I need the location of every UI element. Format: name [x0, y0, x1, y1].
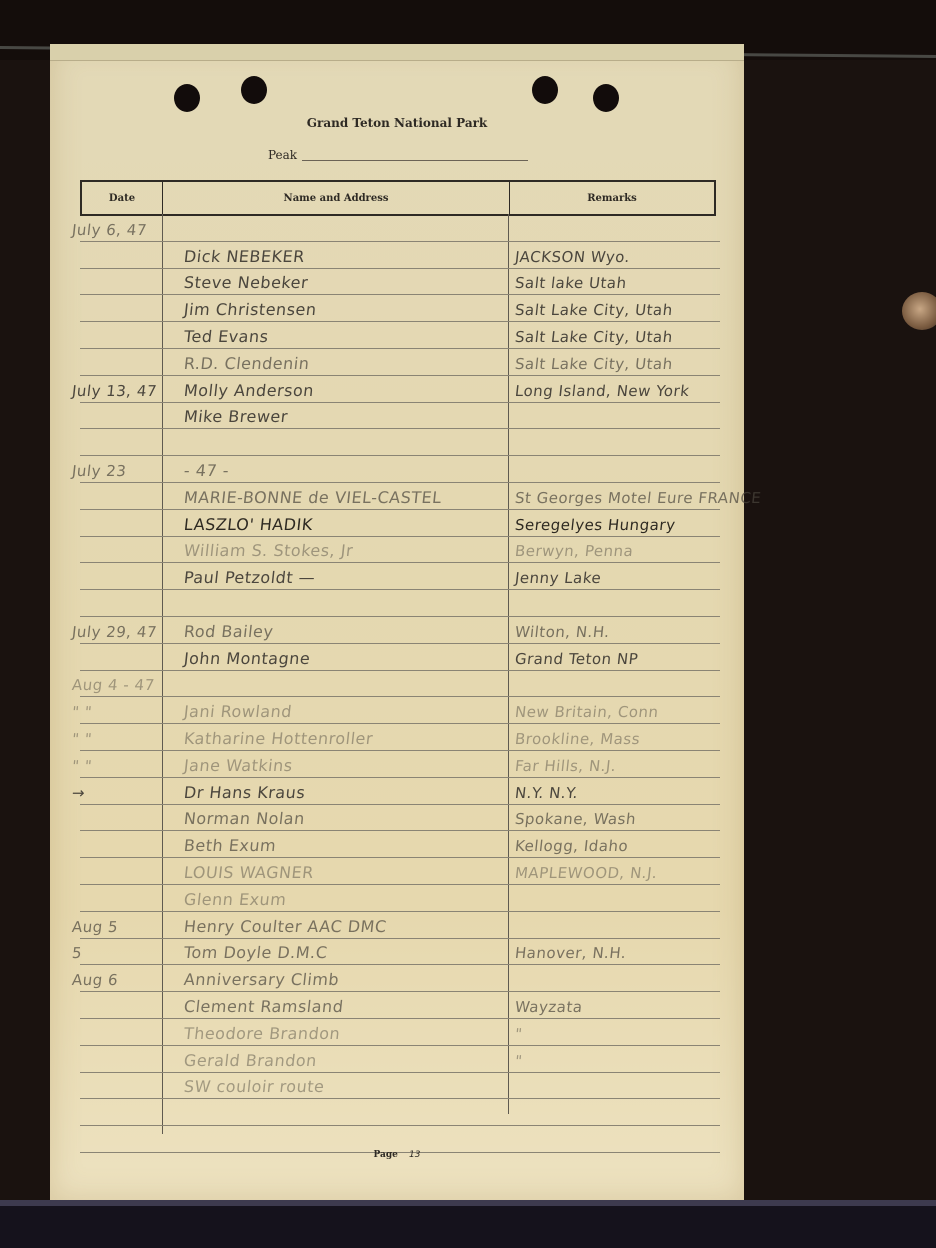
entry-remarks: Salt lake Utah — [514, 274, 628, 292]
entry-date: " " — [71, 730, 93, 748]
entry-date: Aug 5 — [71, 918, 119, 936]
table-row: Ted EvansSalt Lake City, Utah — [80, 322, 720, 349]
table-row — [80, 429, 720, 456]
entry-date: " " — [71, 757, 93, 775]
table-row: Dick NEBEKERJACKSON Wyo. — [80, 242, 720, 269]
entry-date: July 13, 47 — [71, 382, 158, 400]
entry-remarks: Salt Lake City, Utah — [514, 355, 674, 373]
punch-hole — [174, 84, 200, 112]
table-row: John MontagneGrand Teton NP — [80, 644, 720, 671]
entry-remarks: Salt Lake City, Utah — [514, 301, 674, 319]
entry-remarks: Salt Lake City, Utah — [514, 328, 674, 346]
table-row: Aug 5Henry Coulter AAC DMC — [80, 912, 720, 939]
entry-name: Steve Nebeker — [183, 273, 309, 292]
entry-remarks: " — [514, 1025, 523, 1043]
entry-remarks: Wayzata — [514, 998, 583, 1016]
header-remarks: Remarks — [510, 182, 714, 214]
entry-date: Aug 4 - 47 — [71, 676, 156, 694]
table-row: Steve NebekerSalt lake Utah — [80, 269, 720, 296]
table-row: MARIE-BONNE de VIEL-CASTELSt Georges Mot… — [80, 483, 720, 510]
entry-date: July 6, 47 — [71, 221, 148, 239]
entry-name: Ted Evans — [183, 327, 269, 346]
entry-name: Anniversary Climb — [183, 970, 340, 989]
entry-name: Rod Bailey — [183, 622, 274, 641]
entry-name: William S. Stokes, Jr — [183, 541, 354, 560]
table-row: Paul Petzoldt —Jenny Lake — [80, 563, 720, 590]
table-row: Aug 6Anniversary Climb — [80, 965, 720, 992]
table-row — [80, 590, 720, 617]
entry-name: Dr Hans Kraus — [183, 783, 306, 802]
table-row — [80, 1099, 720, 1126]
entry-name: Paul Petzoldt — — [183, 568, 316, 587]
entry-name: Norman Nolan — [183, 809, 306, 828]
form-title: Grand Teton National Park — [50, 116, 744, 130]
entry-date: → — [71, 784, 86, 802]
register-page: Grand Teton National Park Peak Date Name… — [50, 44, 744, 1200]
table-row: Gerald Brandon" — [80, 1046, 720, 1073]
entry-name: LOUIS WAGNER — [183, 863, 315, 882]
entry-name: LASZLO' HADIK — [183, 515, 314, 534]
table-row: Beth ExumKellogg, Idaho — [80, 831, 720, 858]
entry-remarks: Long Island, New York — [514, 382, 690, 400]
entry-name: Jane Watkins — [183, 756, 294, 775]
entry-name: Mike Brewer — [183, 407, 289, 426]
register-entries: July 6, 47Dick NEBEKERJACKSON Wyo.Steve … — [80, 215, 720, 1153]
entry-remarks: Brookline, Mass — [514, 730, 641, 748]
entry-date: Aug 6 — [71, 971, 119, 989]
entry-remarks: Seregelyes Hungary — [514, 516, 676, 534]
punch-hole — [593, 84, 619, 112]
header-name-address: Name and Address — [163, 182, 510, 214]
table-row: LOUIS WAGNERMAPLEWOOD, N.J. — [80, 858, 720, 885]
table-row: William S. Stokes, JrBerwyn, Penna — [80, 537, 720, 564]
page-number: 13 — [409, 1150, 420, 1160]
entry-name: Beth Exum — [183, 836, 277, 855]
table-row: " "Jani RowlandNew Britain, Conn — [80, 697, 720, 724]
table-row: Glenn Exum — [80, 885, 720, 912]
entry-name: R.D. Clendenin — [183, 354, 310, 373]
display-base — [0, 1200, 936, 1248]
page-label: Page — [374, 1150, 398, 1160]
table-row: " "Katharine HottenrollerBrookline, Mass — [80, 724, 720, 751]
entry-name: Clement Ramsland — [183, 997, 344, 1016]
table-row: " "Jane WatkinsFar Hills, N.J. — [80, 751, 720, 778]
entry-remarks: " — [514, 1052, 523, 1070]
table-row: R.D. ClendeninSalt Lake City, Utah — [80, 349, 720, 376]
entry-date: 5 — [71, 944, 83, 962]
entry-name: John Montagne — [183, 649, 311, 668]
entry-remarks: Grand Teton NP — [514, 650, 639, 668]
entry-remarks: New Britain, Conn — [514, 703, 659, 721]
table-row: Jim ChristensenSalt Lake City, Utah — [80, 295, 720, 322]
entry-remarks: Wilton, N.H. — [514, 623, 611, 641]
entry-remarks: JACKSON Wyo. — [514, 248, 631, 266]
punch-hole — [532, 76, 558, 104]
entry-name: Dick NEBEKER — [183, 247, 306, 266]
header-date: Date — [82, 182, 163, 214]
entry-remarks: N.Y. N.Y. — [514, 784, 579, 802]
entry-name: Henry Coulter AAC DMC — [183, 917, 388, 936]
table-row: LASZLO' HADIKSeregelyes Hungary — [80, 510, 720, 537]
entry-date: " " — [71, 703, 93, 721]
entry-name: Molly Anderson — [183, 381, 315, 400]
entry-remarks: Kellogg, Idaho — [514, 837, 629, 855]
entry-name: MARIE-BONNE de VIEL-CASTEL — [183, 488, 443, 507]
table-row: July 13, 47Molly AndersonLong Island, Ne… — [80, 376, 720, 403]
table-header: Date Name and Address Remarks — [80, 180, 716, 216]
entry-remarks: Berwyn, Penna — [514, 542, 634, 560]
table-row: Clement RamslandWayzata — [80, 992, 720, 1019]
entry-name: - 47 - — [183, 461, 230, 480]
table-row: July 29, 47Rod BaileyWilton, N.H. — [80, 617, 720, 644]
page-footer: Page 13 — [50, 1150, 744, 1160]
entry-name: Tom Doyle D.M.C — [183, 943, 328, 962]
table-row — [80, 1126, 720, 1153]
table-row: Aug 4 - 47 — [80, 671, 720, 698]
punch-hole — [241, 76, 267, 104]
entry-remarks: Hanover, N.H. — [514, 944, 627, 962]
peak-field — [302, 160, 528, 161]
entry-remarks: St Georges Motel Eure FRANCE — [514, 489, 762, 507]
entry-name: Katharine Hottenroller — [183, 729, 374, 748]
table-row: 5Tom Doyle D.M.CHanover, N.H. — [80, 939, 720, 966]
entry-remarks: Spokane, Wash — [514, 810, 637, 828]
entry-name: Jim Christensen — [183, 300, 318, 319]
table-row: SW couloir route — [80, 1073, 720, 1100]
entry-date: July 23 — [71, 462, 127, 480]
entry-name: Jani Rowland — [183, 702, 293, 721]
entry-remarks: MAPLEWOOD, N.J. — [514, 864, 658, 882]
entry-name: SW couloir route — [183, 1077, 325, 1096]
entry-name: Glenn Exum — [183, 890, 287, 909]
entry-date: July 29, 47 — [71, 623, 158, 641]
table-row: →Dr Hans KrausN.Y. N.Y. — [80, 778, 720, 805]
entry-name: Gerald Brandon — [183, 1051, 318, 1070]
entry-remarks: Far Hills, N.J. — [514, 757, 617, 775]
table-row: Mike Brewer — [80, 403, 720, 430]
entry-name: Theodore Brandon — [183, 1024, 341, 1043]
entry-remarks: Jenny Lake — [514, 569, 602, 587]
table-row: Theodore Brandon" — [80, 1019, 720, 1046]
peak-label: Peak — [268, 148, 297, 162]
table-row: July 6, 47 — [80, 215, 720, 242]
rock-specimen — [902, 292, 936, 330]
table-row: Norman NolanSpokane, Wash — [80, 805, 720, 832]
table-row: July 23- 47 - — [80, 456, 720, 483]
page-top-strip — [50, 44, 744, 61]
